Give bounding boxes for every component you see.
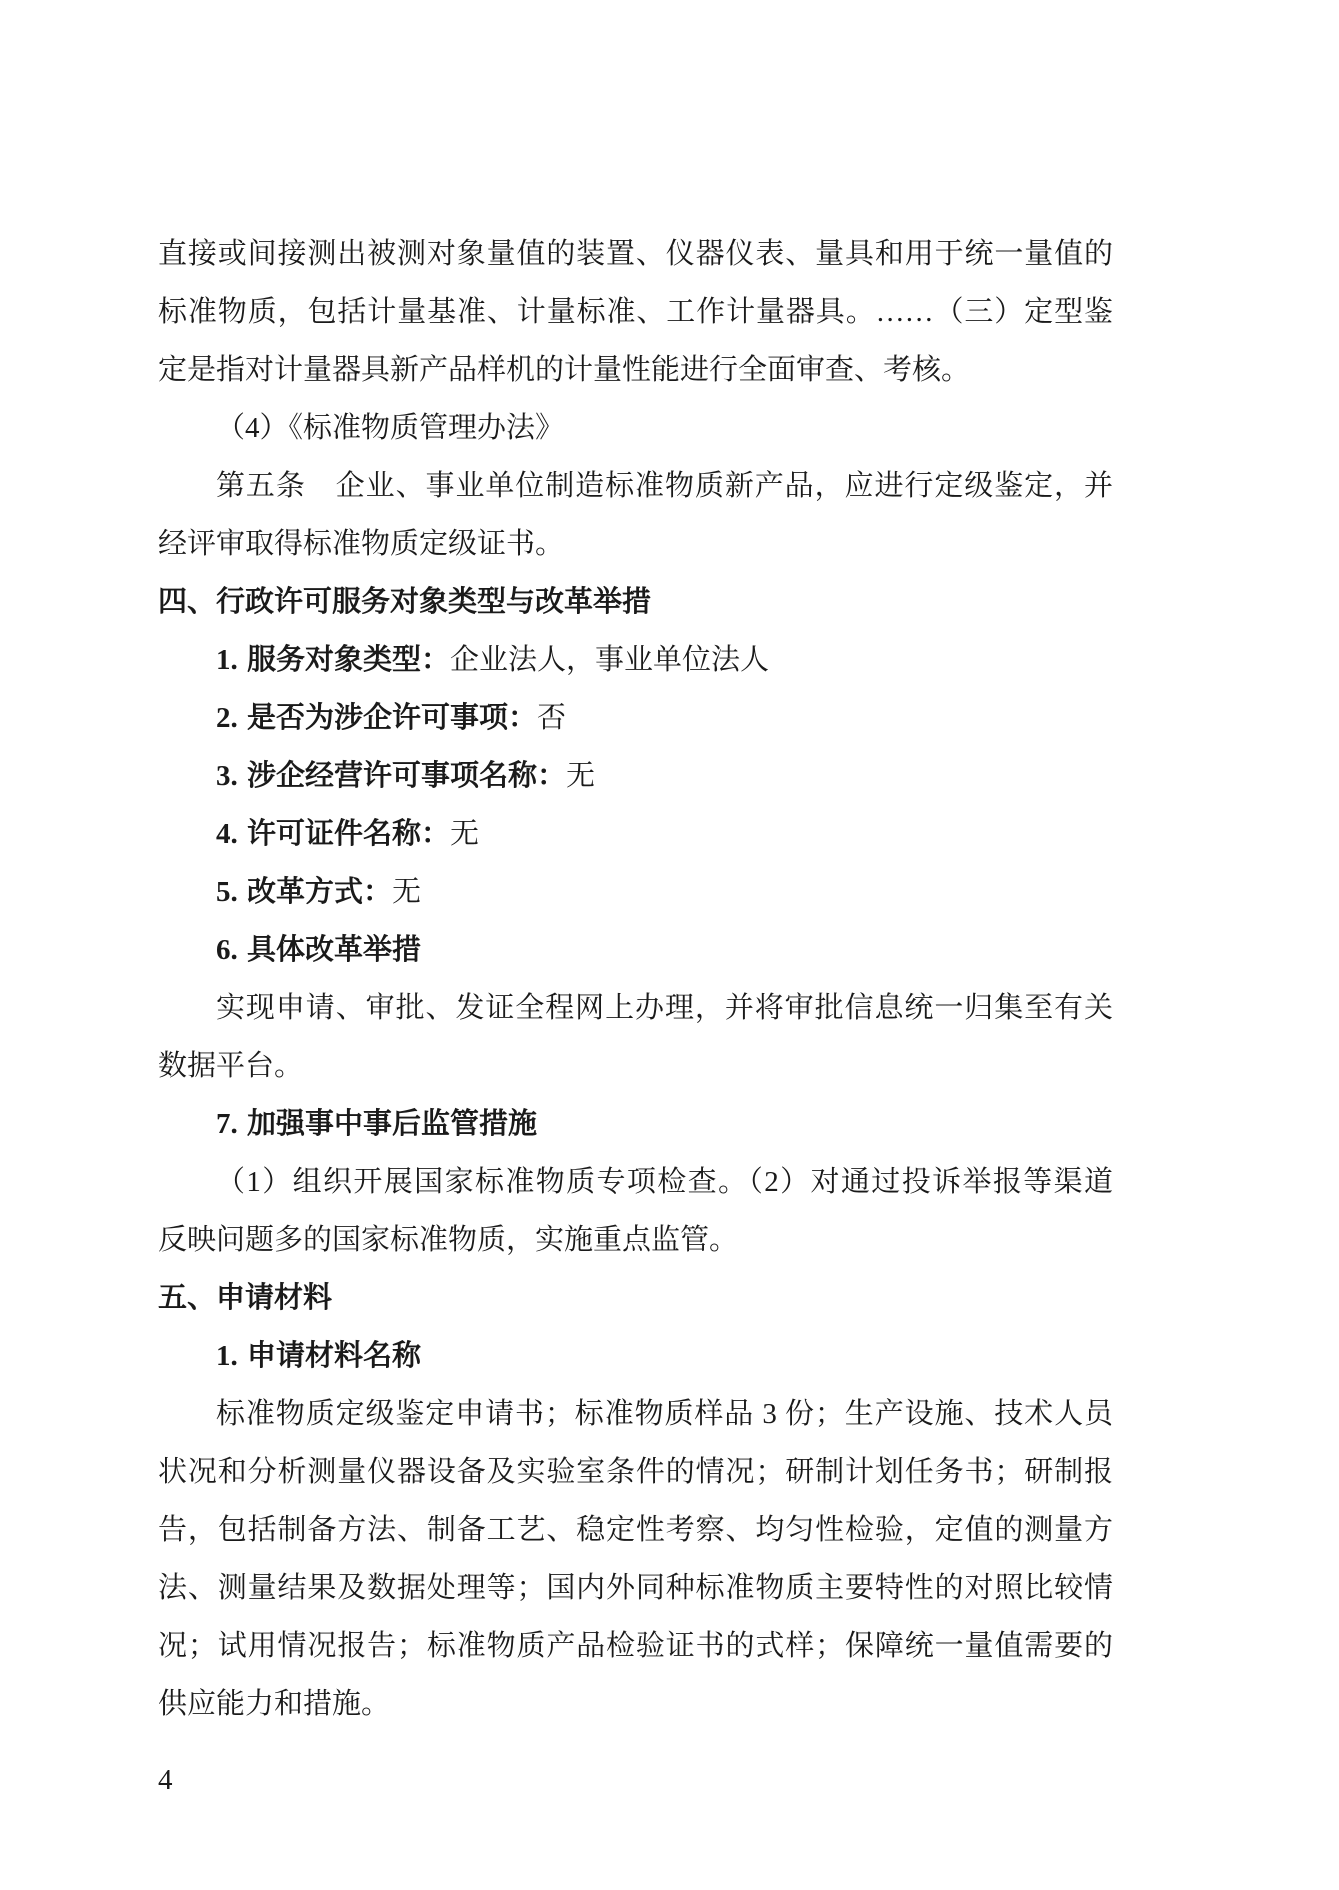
item-label: 具体改革举措: [247, 934, 421, 966]
item-value: 无: [392, 876, 421, 908]
cited-regulation-title: （4）《标准物质管理办法》: [158, 399, 1113, 457]
materials-line-3: 告，包括制备方法、制备工艺、稳定性考察、均匀性检验，定值的测量方: [158, 1501, 1113, 1559]
item-value: 无: [450, 818, 479, 850]
numbered-item-6: 6.具体改革举措: [158, 921, 1113, 979]
materials-line-1: 标准物质定级鉴定申请书；标准物质样品 3 份；生产设施、技术人员: [158, 1385, 1113, 1443]
item-label: 申请材料名称: [247, 1340, 421, 1372]
item-number: 7.: [216, 1108, 238, 1140]
item-number: 2.: [216, 702, 238, 734]
document-page: 直接或间接测出被测对象量值的装置、仪器仪表、量具和用于统一量值的 标准物质，包括…: [0, 0, 1339, 1890]
item-label: 加强事中事后监管措施: [247, 1108, 537, 1140]
item-value: 否: [537, 702, 566, 734]
materials-line-6: 供应能力和措施。: [158, 1675, 1113, 1733]
materials-line-5: 况；试用情况报告；标准物质产品检验证书的式样；保障统一量值需要的: [158, 1617, 1113, 1675]
item-label: 是否为涉企许可事项：: [247, 702, 537, 734]
supervision-line-1: （1）组织开展国家标准物质专项检查。（2）对通过投诉举报等渠道: [158, 1153, 1113, 1211]
item-number: 1.: [216, 1340, 238, 1372]
numbered-item-4: 4.许可证件名称：无: [158, 805, 1113, 863]
section-4-heading: 四、行政许可服务对象类型与改革举措: [158, 573, 1113, 631]
intro-paragraph-line-2: 标准物质，包括计量基准、计量标准、工作计量器具。……（三）定型鉴: [158, 283, 1113, 341]
item-label: 许可证件名称：: [247, 818, 450, 850]
item-number: 3.: [216, 760, 238, 792]
section5-item-1: 1.申请材料名称: [158, 1327, 1113, 1385]
reform-measure-line-1: 实现申请、审批、发证全程网上办理，并将审批信息统一归集至有关: [158, 979, 1113, 1037]
page-body-text: 直接或间接测出被测对象量值的装置、仪器仪表、量具和用于统一量值的 标准物质，包括…: [158, 225, 1113, 1733]
item-number: 5.: [216, 876, 238, 908]
intro-paragraph-line-1: 直接或间接测出被测对象量值的装置、仪器仪表、量具和用于统一量值的: [158, 225, 1113, 283]
item-label: 涉企经营许可事项名称：: [247, 760, 566, 792]
numbered-item-5: 5.改革方式：无: [158, 863, 1113, 921]
item-number: 1.: [216, 644, 238, 676]
item-label: 改革方式：: [247, 876, 392, 908]
materials-line-2: 状况和分析测量仪器设备及实验室条件的情况；研制计划任务书；研制报: [158, 1443, 1113, 1501]
reform-measure-line-2: 数据平台。: [158, 1037, 1113, 1095]
intro-paragraph-line-3: 定是指对计量器具新产品样机的计量性能进行全面审查、考核。: [158, 341, 1113, 399]
item-label: 服务对象类型：: [247, 644, 450, 676]
article5-line-2: 经评审取得标准物质定级证书。: [158, 515, 1113, 573]
article5-line-1: 第五条 企业、事业单位制造标准物质新产品，应进行定级鉴定，并: [158, 457, 1113, 515]
numbered-item-2: 2.是否为涉企许可事项：否: [158, 689, 1113, 747]
numbered-item-1: 1.服务对象类型：企业法人，事业单位法人: [158, 631, 1113, 689]
numbered-item-7: 7.加强事中事后监管措施: [158, 1095, 1113, 1153]
item-number: 6.: [216, 934, 238, 966]
section-5-heading: 五、申请材料: [158, 1269, 1113, 1327]
materials-line-4: 法、测量结果及数据处理等；国内外同种标准物质主要特性的对照比较情: [158, 1559, 1113, 1617]
item-value: 企业法人，事业单位法人: [450, 644, 769, 676]
supervision-line-2: 反映问题多的国家标准物质，实施重点监管。: [158, 1211, 1113, 1269]
numbered-item-3: 3.涉企经营许可事项名称：无: [158, 747, 1113, 805]
item-value: 无: [566, 760, 595, 792]
item-number: 4.: [216, 818, 238, 850]
page-number: 4: [158, 1751, 173, 1809]
